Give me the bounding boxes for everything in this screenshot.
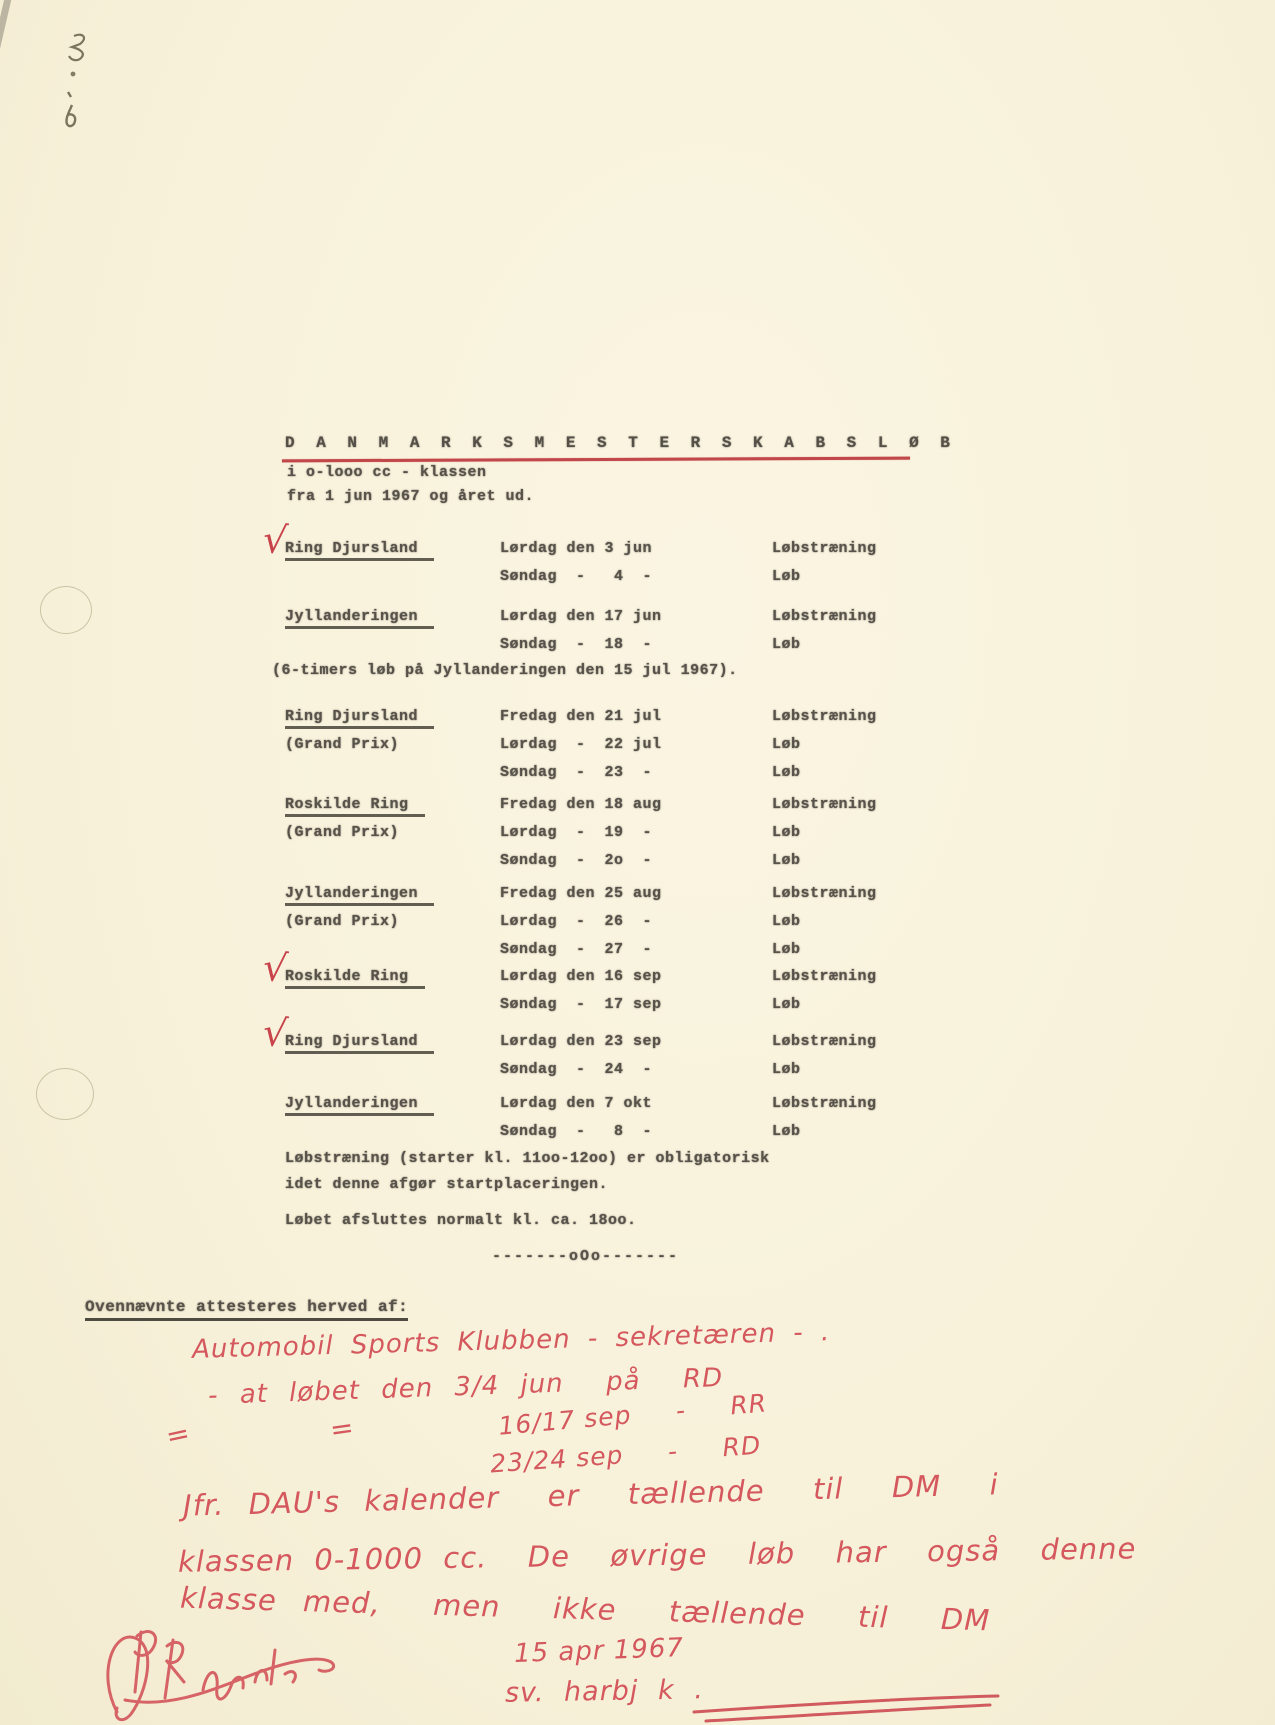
venue-name: Ring Djursland bbox=[285, 540, 500, 568]
session-type: Løbstræning bbox=[772, 1033, 1002, 1061]
scanned-document-page: D A N M A R K S M E S T E R S K A B S L … bbox=[0, 0, 1275, 1725]
venue-name: Roskilde Ring bbox=[285, 796, 500, 824]
race-date: Søndag - 18 - bbox=[500, 636, 772, 664]
session-type: Løb bbox=[772, 1123, 1002, 1151]
session-type: Løb bbox=[772, 824, 1002, 852]
race-date: Lørdag den 17 jun bbox=[500, 608, 772, 636]
punch-hole bbox=[36, 1068, 94, 1120]
session-type: Løb bbox=[772, 852, 1002, 880]
race-date: Søndag - 27 - bbox=[500, 941, 772, 969]
venue-subtitle: (Grand Prix) bbox=[285, 736, 500, 764]
session-type: Løb bbox=[772, 996, 1002, 1024]
red-checkmark-icon: √ bbox=[261, 517, 290, 563]
subtitle-period: fra 1 jun 1967 og året ud. bbox=[287, 488, 534, 505]
race-date: Lørdag den 16 sep bbox=[500, 968, 772, 996]
session-type: Løb bbox=[772, 1061, 1002, 1089]
title-red-underline bbox=[282, 457, 910, 462]
handwritten-ditto-mark: = bbox=[163, 1416, 194, 1453]
red-checkmark-icon: √ bbox=[261, 1010, 290, 1056]
venue-subtitle: (Grand Prix) bbox=[285, 913, 500, 941]
race-date: Lørdag - 26 - bbox=[500, 913, 772, 941]
session-type: Løbstræning bbox=[772, 1095, 1002, 1123]
scan-edge-artifact bbox=[0, 0, 13, 70]
session-type: Løbstræning bbox=[772, 540, 1002, 568]
schedule-entry: √ Roskilde Ring Lørdag den 16 sep Løbstr… bbox=[285, 968, 1002, 1024]
handwritten-ditto-mark: = bbox=[328, 1410, 357, 1446]
schedule-entry: Jyllanderingen (Grand Prix) Fredag den 2… bbox=[285, 885, 1002, 969]
race-date: Søndag - 24 - bbox=[500, 1061, 772, 1089]
punch-hole bbox=[40, 586, 92, 634]
race-date: Søndag - 4 - bbox=[500, 568, 772, 596]
six-hour-race-note: (6-timers løb på Jyllanderingen den 15 j… bbox=[272, 662, 738, 679]
schedule-entry: √ Ring Djursland Lørdag den 23 sep Løbst… bbox=[285, 1033, 1002, 1089]
handwritten-date: 15 apr 1967 bbox=[514, 1633, 685, 1669]
race-date: Søndag - 2o - bbox=[500, 852, 772, 880]
session-type: Løb bbox=[772, 913, 1002, 941]
session-type: Løbstræning bbox=[772, 608, 1002, 636]
race-date: Lørdag den 3 jun bbox=[500, 540, 772, 568]
race-date: Søndag - 17 sep bbox=[500, 996, 772, 1024]
venue-name: Jyllanderingen bbox=[285, 608, 500, 636]
venue-name: Ring Djursland bbox=[285, 708, 500, 736]
race-date: Fredag den 21 jul bbox=[500, 708, 772, 736]
subtitle-class: i o-looo cc - klassen bbox=[287, 464, 487, 481]
race-date: Lørdag den 7 okt bbox=[500, 1095, 772, 1123]
signature-underline bbox=[690, 1694, 1005, 1724]
race-date: Søndag - 23 - bbox=[500, 764, 772, 792]
venue-name: Jyllanderingen bbox=[285, 885, 500, 913]
schedule-entry: Jyllanderingen Lørdag den 7 okt Løbstræn… bbox=[285, 1095, 1002, 1151]
training-note-line1: Løbstræning (starter kl. 11oo-12oo) er o… bbox=[285, 1150, 770, 1167]
race-date: Lørdag - 19 - bbox=[500, 824, 772, 852]
race-date: Lørdag - 22 jul bbox=[500, 736, 772, 764]
race-date: Lørdag den 23 sep bbox=[500, 1033, 772, 1061]
red-checkmark-icon: √ bbox=[261, 945, 290, 991]
venue-subtitle: (Grand Prix) bbox=[285, 824, 500, 852]
handwritten-signed-by: sv. harbj k . bbox=[505, 1674, 704, 1708]
venue-name: Jyllanderingen bbox=[285, 1095, 500, 1123]
signature-scribble bbox=[95, 1612, 395, 1725]
venue-name: Roskilde Ring bbox=[285, 968, 500, 996]
session-type: Løbstræning bbox=[772, 885, 1002, 913]
handwritten-class-line: klassen 0-1000 cc. De øvrige løb har ogs… bbox=[178, 1531, 1137, 1578]
schedule-entry: Ring Djursland (Grand Prix) Fredag den 2… bbox=[285, 708, 1002, 792]
race-date: Fredag den 25 aug bbox=[500, 885, 772, 913]
attestation-heading: Ovennævnte attesteres herved af: bbox=[85, 1298, 408, 1316]
race-date: Fredag den 18 aug bbox=[500, 796, 772, 824]
session-type: Løb bbox=[772, 764, 1002, 792]
handwritten-club-line: Automobil Sports Klubben - sekretæren - … bbox=[192, 1317, 831, 1365]
session-type: Løb bbox=[772, 568, 1002, 596]
session-type: Løbstræning bbox=[772, 708, 1002, 736]
schedule-entry: Roskilde Ring (Grand Prix) Fredag den 18… bbox=[285, 796, 1002, 880]
schedule-entry: √ Ring Djursland Lørdag den 3 jun Løbstr… bbox=[285, 540, 1002, 596]
session-type: Løbstræning bbox=[772, 796, 1002, 824]
race-date: Søndag - 8 - bbox=[500, 1123, 772, 1151]
schedule-entry: Jyllanderingen Lørdag den 17 jun Løbstræ… bbox=[285, 608, 1002, 664]
training-note-line2: idet denne afgør startplaceringen. bbox=[285, 1176, 608, 1193]
handwritten-dau-line: Jfr. DAU's kalender er tællende til DM i bbox=[183, 1467, 999, 1522]
session-type: Løb bbox=[772, 941, 1002, 969]
page-title: D A N M A R K S M E S T E R S K A B S L … bbox=[285, 434, 956, 452]
venue-name: Ring Djursland bbox=[285, 1033, 500, 1061]
session-type: Løb bbox=[772, 736, 1002, 764]
session-type: Løb bbox=[772, 636, 1002, 664]
finish-time-note: Løbet afsluttes normalt kl. ca. 18oo. bbox=[285, 1212, 637, 1229]
session-type: Løbstræning bbox=[772, 968, 1002, 996]
separator-ooo: -------oOo------- bbox=[492, 1248, 679, 1265]
ink-scribble bbox=[58, 30, 104, 130]
